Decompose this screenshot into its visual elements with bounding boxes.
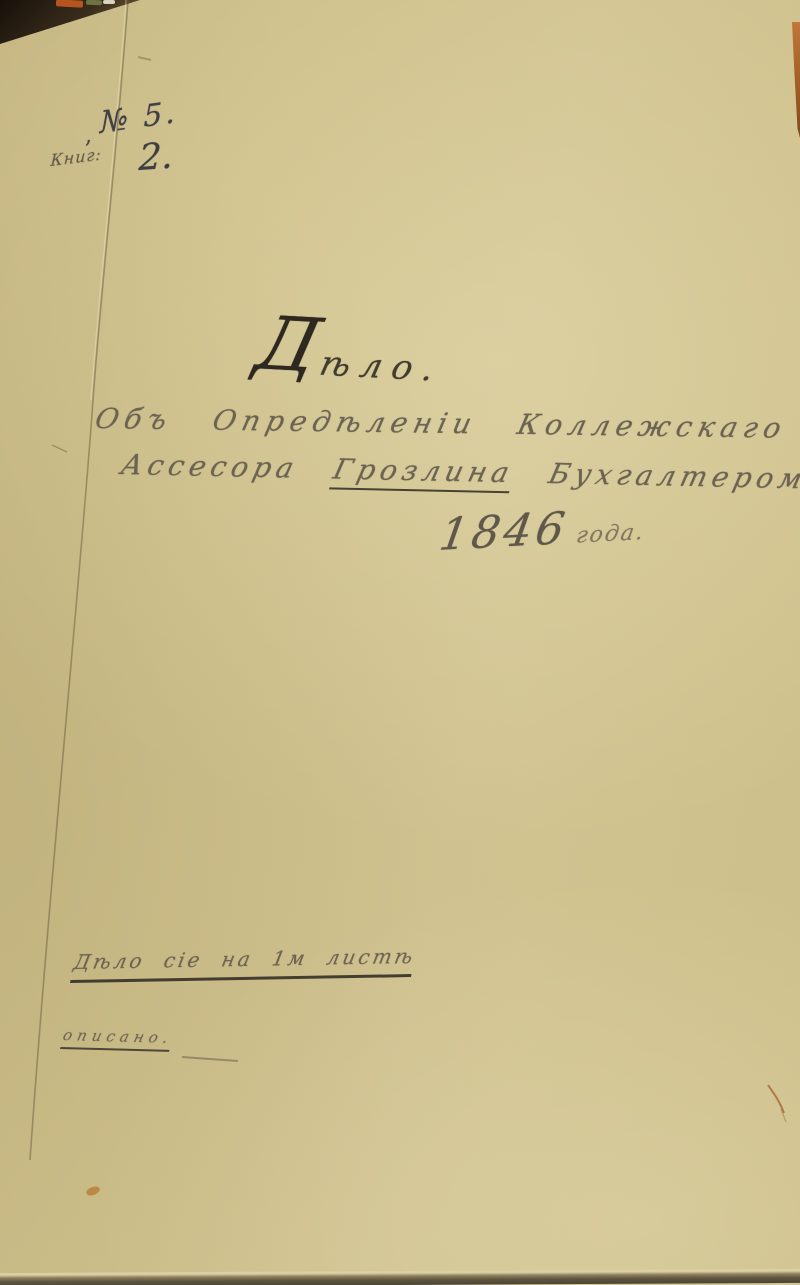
clerk-note: описано. <box>60 1026 175 1052</box>
paper-creases-and-scratches <box>0 0 800 1285</box>
year-value: 1846 <box>436 503 572 561</box>
sheets-note: Дѣло сіе на 1м листѣ <box>70 944 418 983</box>
subject-line-2-prefix: Ассесора <box>118 448 338 485</box>
paper-stain-speck <box>85 1185 101 1197</box>
case-title: Д ѣло. <box>250 309 455 390</box>
surname-underlined: Грозлина <box>329 453 517 494</box>
manuscript-cover-page: , № 5. Книг: 2. Д ѣло. Объ Опредѣленіи К… <box>0 0 800 1285</box>
fold-crease-highlight <box>91 0 126 400</box>
pencil-speck <box>138 57 151 60</box>
case-title-rest: ѣло. <box>316 344 448 390</box>
year-suffix: года. <box>575 520 647 549</box>
book-number: 2. <box>138 135 174 179</box>
fold-crease <box>30 0 128 1160</box>
crease-tick <box>52 445 67 452</box>
